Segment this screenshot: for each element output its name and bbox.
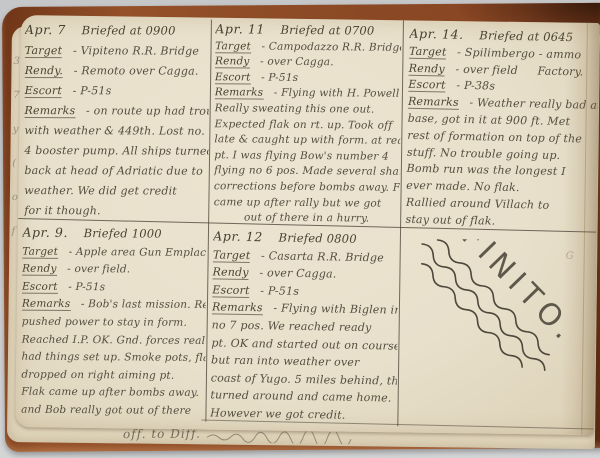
entry-date: Apr. 14. (409, 26, 464, 42)
field-remarks: Remarks - on route up had trouble (25, 101, 209, 122)
entry-date: Apr. 9. (22, 225, 68, 240)
finito-text: FINITO. (455, 238, 584, 350)
field-escort: Escort - P-51s (25, 81, 209, 102)
entry-apr-7: Apr. 7 Briefed at 0900 Target - Vipiteno… (24, 20, 209, 222)
remarks-line: Expected flak on rt. up. Took off (214, 117, 400, 134)
entry-date: Apr. 7 (25, 22, 66, 37)
field-remarks: Remarks - Bob's last mission. Really (22, 296, 206, 315)
remarks-line: came up after rally but we got (214, 195, 400, 212)
remarks-line: pushed power to stay in form. (22, 314, 206, 333)
remarks-line: back at head of Adriatic due to (24, 161, 208, 182)
field-rendezvous: Rendy - over field. (22, 261, 206, 280)
remarks-line: Reached I.P. OK. Gnd. forces really (22, 331, 206, 350)
remarks-line: and Bob really got out of there (21, 402, 205, 421)
briefed-time: Briefed at 0700 (280, 23, 374, 38)
field-target: Target - Vipiteno R.R. Bridge (25, 41, 209, 62)
edge-mark: ( (12, 158, 19, 169)
remarks-line: pt. I was flying Bow's number 4 (214, 148, 400, 165)
entry-date: Apr. 11 (215, 21, 265, 36)
remarks-line: had things set up. Smoke pots, flares (21, 349, 205, 368)
illegible-scribble (205, 430, 375, 444)
remarks-line: late & caught up with form. at ready (214, 132, 400, 149)
faint-pencil-mark: G (566, 251, 574, 262)
field-escort: Escort - P-51s (215, 70, 401, 87)
field-escort: Escort - P-51s (22, 278, 206, 297)
entry-apr-12: Apr. 12 Briefed 0800 Target - Casarta R.… (210, 227, 399, 425)
briefed-time: Briefed at 0900 (82, 23, 176, 37)
entry-heading: Apr. 7 Briefed at 0900 (25, 20, 209, 42)
finito-cell: FINITO. (401, 238, 596, 425)
page-stack-edge (581, 23, 588, 435)
field-rendezvous: Rendy. - Remoto over Cagga. (25, 61, 209, 82)
remarks-line: corrections before bombs away. Flak (214, 179, 400, 196)
remarks-line: Flak came up after bombs away. (21, 384, 205, 403)
entry-date: Apr. 12 (213, 228, 263, 244)
remarks-line: weather. We did get credit (24, 181, 208, 202)
field-target: Target - Campodazzo R.R. Bridge (215, 39, 401, 56)
field-remarks: Remarks - Flying with H. Powell (215, 86, 401, 103)
entry-apr-14: Apr. 14. Briefed at 0645 Target - Spilim… (405, 26, 599, 232)
journal-page: Apr. 7 Briefed at 0900 Target - Vipiteno… (15, 15, 600, 435)
field-target: Target - Apple area Gun Emplacements. (22, 243, 206, 262)
entry-apr-11: Apr. 11 Briefed at 0700 Target - Campoda… (214, 21, 402, 227)
edge-mark: o (12, 192, 19, 203)
finito-flourish: FINITO. (401, 238, 596, 425)
remarks-line: with weather & 449th. Lost no. (24, 121, 208, 142)
remarks-line: dropped on right aiming pt. (21, 366, 205, 385)
entry-heading: Apr. 9. Briefed 1000 (22, 224, 206, 245)
remarks-line: However we got credit. (210, 404, 396, 425)
remarks-line: Really sweating this one out. (215, 101, 401, 118)
briefed-time: Briefed at 0645 (479, 28, 573, 44)
remarks-line: out of there in a hurry. (214, 210, 400, 227)
entry-apr-9: Apr. 9. Briefed 1000 Target - Apple area… (21, 224, 206, 421)
remarks-line: flying no 6 pos. Made several sharp (214, 164, 400, 181)
remarks-line: 4 booster pump. All ships turned (24, 141, 208, 162)
remarks-line: stay out of flak. (405, 211, 595, 232)
entry-heading: Apr. 11 Briefed at 0700 (215, 21, 401, 40)
briefed-time: Briefed 0800 (278, 231, 356, 246)
edge-mark: y (13, 124, 20, 135)
edge-mark: 7 (13, 90, 20, 101)
edge-mark: 3 (13, 56, 20, 67)
notebook-photo: 3 7 y ( o f off. to Diff. Apr. 7 Briefed… (0, 0, 600, 458)
briefed-time: Briefed 1000 (84, 226, 162, 241)
remarks-line: for it though. (24, 201, 208, 222)
field-rendezvous: Rendy - over Cagga. (215, 54, 401, 71)
